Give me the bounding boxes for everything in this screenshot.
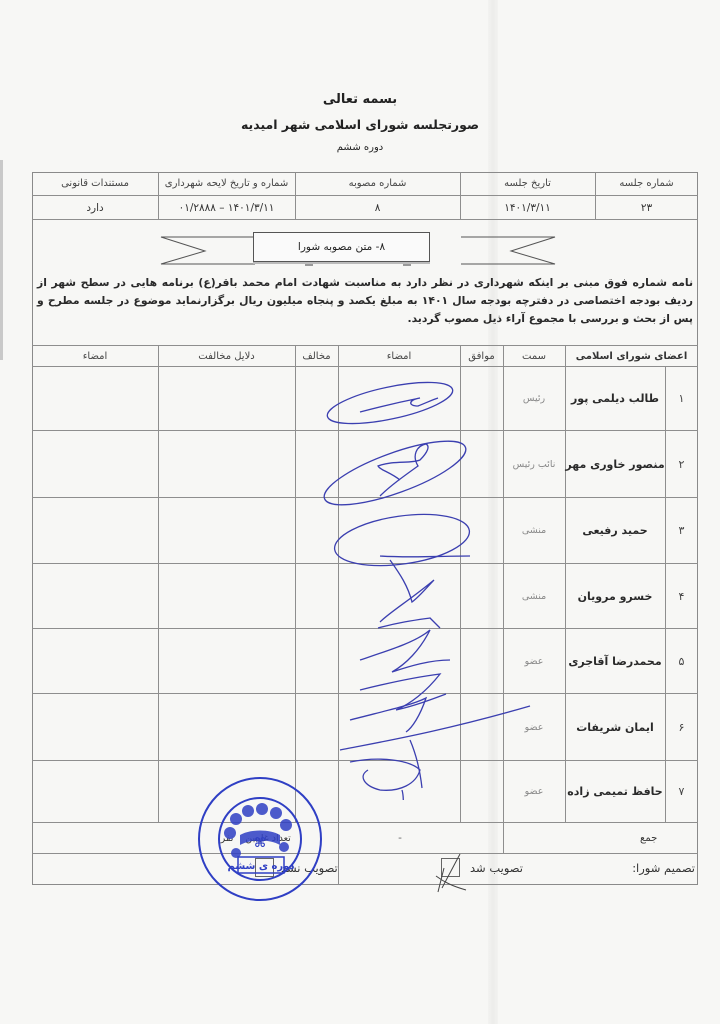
invocation: بسمه تعالی <box>0 92 720 107</box>
row-index: ۶ <box>665 694 698 760</box>
resolution-text: نامه شماره فوق مبنی بر اینکه شهرداری در … <box>37 274 693 328</box>
row-index: ۲ <box>665 431 698 497</box>
council-stamp-icon: ⌘ دوره ی ششم <box>196 775 324 903</box>
resolution-number-value: ۸ <box>295 196 460 219</box>
row-index: ۴ <box>665 564 698 628</box>
member-name: ایمان شریفات <box>565 694 665 760</box>
member-name: حمید رفیعی <box>565 498 665 563</box>
member-name: خسرو مرویان <box>565 564 665 628</box>
member-name: طالب دیلمی پور <box>565 366 665 430</box>
member-name: حافظ تمیمی زاده <box>565 761 665 822</box>
stamp-inner-text: دوره ی ششم <box>228 861 295 872</box>
member-signatures <box>320 360 550 800</box>
divider <box>32 219 698 220</box>
svg-text:⌘: ⌘ <box>254 836 266 851</box>
header-session-date: تاریخ جلسه <box>460 172 595 195</box>
divider <box>32 853 698 854</box>
scan-edge <box>0 160 3 360</box>
session-number-value: ۲۳ <box>595 196 698 219</box>
row-index: ۵ <box>665 629 698 693</box>
header-reasons: دلایل مخالفت <box>158 346 295 366</box>
approved-label: تصویب شد <box>470 861 523 875</box>
member-name: محمدرضا آقاجری <box>565 629 665 693</box>
divider <box>32 822 698 823</box>
divider <box>295 345 296 822</box>
header-resolution-number: شماره مصوبه <box>295 172 460 195</box>
row-index: ۳ <box>665 498 698 563</box>
bill-number-date-value: ۱۴۰۱/۳/۱۱ – ۰۱/۲۸۸۸ <box>158 196 295 219</box>
session-date-value: ۱۴۰۱/۳/۱۱ <box>460 196 595 219</box>
header-bill-number-date: شماره و تاریخ لایحه شهرداری <box>158 172 295 195</box>
row-index: ۱ <box>665 366 698 430</box>
header-session-number: شماره جلسه <box>595 172 698 195</box>
member-name: منصور خاوری مهر <box>565 431 665 497</box>
legal-documents-value: دارد <box>32 196 158 219</box>
council-term: دوره ششم <box>0 142 720 153</box>
row-index: ۷ <box>665 761 698 822</box>
total-label: جمع <box>640 823 695 853</box>
document-title: صورتجلسه شورای اسلامی شهر امیدیه <box>0 117 720 132</box>
checkmark-icon <box>430 848 470 896</box>
header-signature-2: امضاء <box>32 346 158 366</box>
decision-label: تصمیم شورا: <box>605 861 695 875</box>
total-disagree: - <box>380 823 420 853</box>
header-members: اعضای شورای اسلامی <box>565 346 698 366</box>
header-legal-documents: مستندات قانونی <box>32 172 158 195</box>
divider <box>158 345 159 822</box>
resolution-banner: ۸- متن مصوبه شورا <box>253 232 430 262</box>
document-page: بسمه تعالی صورتجلسه شورای اسلامی شهر امی… <box>0 0 720 1024</box>
